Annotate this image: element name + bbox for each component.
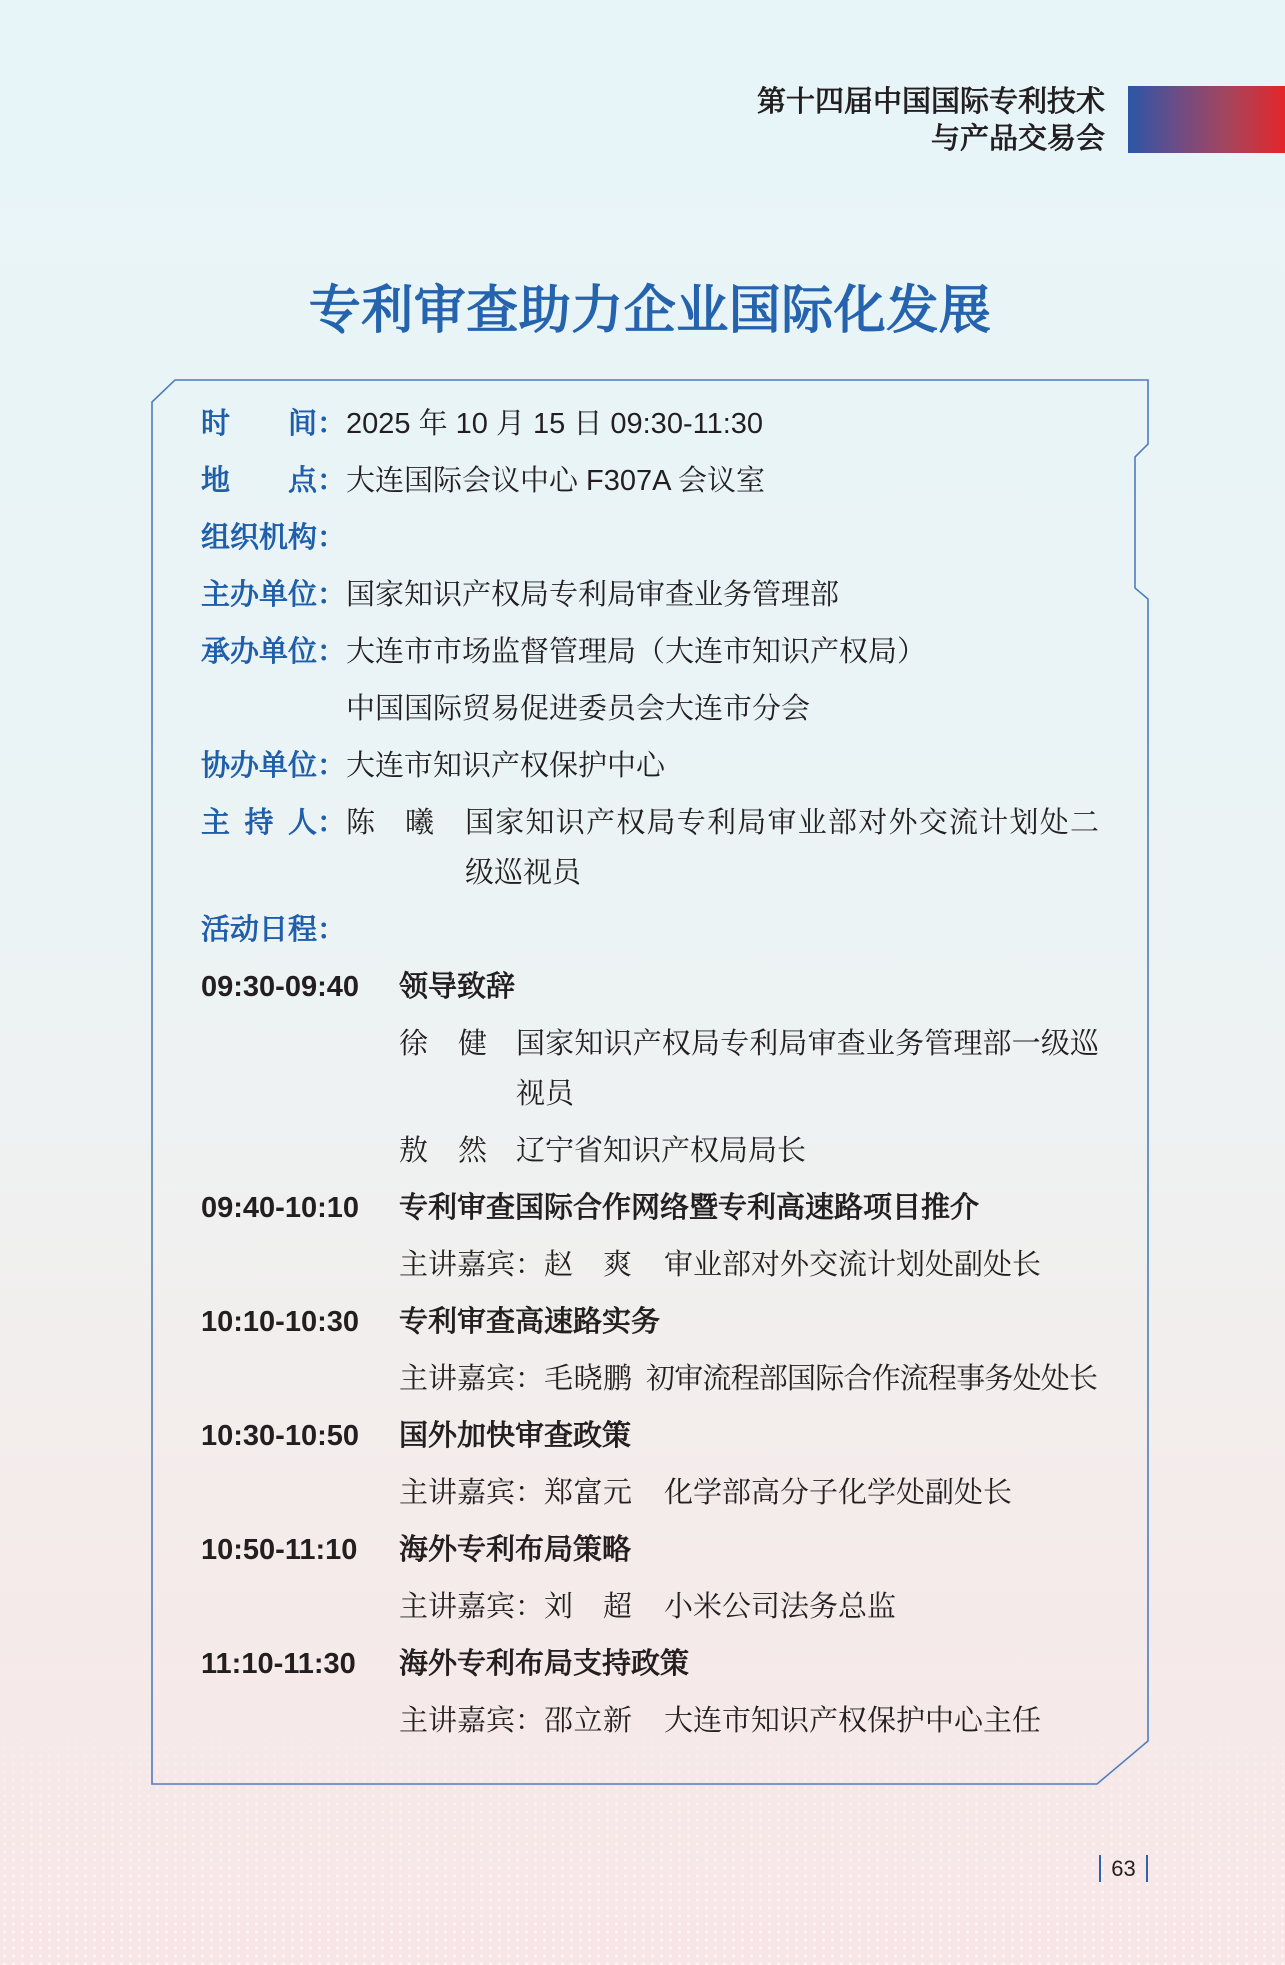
session-time: 10:30-10:50 bbox=[201, 1411, 399, 1461]
info-row-organization: 组织机构 ： bbox=[201, 513, 1101, 563]
speaker-name: 郑富元 bbox=[544, 1468, 632, 1518]
label-colon: ： bbox=[317, 798, 346, 898]
speaker-name: 赵爽 bbox=[544, 1240, 632, 1290]
session-title: 专利审查国际合作网络暨专利高速路项目推介 bbox=[399, 1183, 979, 1233]
speaker-row: 主讲嘉宾： 赵爽 审业部对外交流计划处副处长 bbox=[399, 1240, 1101, 1290]
schedule-item-header: 10:10-10:30 专利审查高速路实务 bbox=[201, 1297, 1101, 1347]
speaker-name: 徐健 bbox=[399, 1019, 487, 1119]
brochure-page: 第十四届中国国际专利技术 与产品交易会 专利审查助力企业国际化发展 时间 ： 2… bbox=[0, 0, 1285, 1965]
speaker-prefix: 主讲嘉宾： bbox=[399, 1240, 544, 1290]
time-label: 时间 bbox=[201, 399, 317, 449]
speaker-title: 审业部对外交流计划处副处长 bbox=[664, 1240, 1041, 1290]
session-time: 10:50-11:10 bbox=[201, 1525, 399, 1575]
speaker-row: 主讲嘉宾： 毛晓鹏 初审流程部国际合作流程事务处处长 bbox=[399, 1354, 1101, 1404]
speaker-prefix: 主讲嘉宾： bbox=[399, 1696, 544, 1746]
schedule-item-header: 10:30-10:50 国外加快审查政策 bbox=[201, 1411, 1101, 1461]
speaker-name: 邵立新 bbox=[544, 1696, 632, 1746]
info-row-time: 时间 ： 2025 年 10 月 15 日 09:30-11:30 bbox=[201, 399, 1101, 449]
conference-name: 第十四届中国国际专利技术 与产品交易会 bbox=[757, 84, 1105, 158]
speaker-row: 主讲嘉宾： 刘超 小米公司法务总监 bbox=[399, 1582, 1101, 1632]
label-colon: ： bbox=[317, 399, 346, 449]
label-colon: ： bbox=[317, 905, 346, 955]
conference-name-line1: 第十四届中国国际专利技术 bbox=[757, 84, 1105, 121]
label-colon: ： bbox=[317, 627, 346, 734]
info-row-venue: 地点 ： 大连国际会议中心 F307A 会议室 bbox=[201, 456, 1101, 506]
label-colon: ： bbox=[317, 456, 346, 506]
event-details: 时间 ： 2025 年 10 月 15 日 09:30-11:30 地点 ： 大… bbox=[201, 399, 1101, 1753]
co-organizer-label: 协办单位 bbox=[201, 741, 317, 791]
speaker-name: 毛晓鹏 bbox=[544, 1354, 632, 1404]
session-title: 专利审查高速路实务 bbox=[399, 1297, 660, 1347]
session-title: 海外专利布局策略 bbox=[399, 1525, 631, 1575]
speaker-prefix: 主讲嘉宾： bbox=[399, 1354, 544, 1404]
organization-label: 组织机构 bbox=[201, 513, 317, 563]
speaker-title: 小米公司法务总监 bbox=[664, 1582, 896, 1632]
info-row-co-organizer: 协办单位 ： 大连市知识产权保护中心 bbox=[201, 741, 1101, 791]
conference-name-line2: 与产品交易会 bbox=[757, 121, 1105, 158]
info-row-schedule: 活动日程 ： bbox=[201, 905, 1101, 955]
moderator-label: 主持人 bbox=[201, 798, 317, 898]
session-title: 领导致辞 bbox=[399, 962, 515, 1012]
time-value: 2025 年 10 月 15 日 09:30-11:30 bbox=[346, 399, 1101, 449]
schedule-item: 10:30-10:50 国外加快审查政策 主讲嘉宾： 郑富元 化学部高分子化学处… bbox=[201, 1411, 1101, 1518]
speaker-name: 敖然 bbox=[399, 1126, 487, 1176]
schedule-item: 11:10-11:30 海外专利布局支持政策 主讲嘉宾： 邵立新 大连市知识产权… bbox=[201, 1639, 1101, 1746]
organizer-values: 大连市市场监督管理局（大连市知识产权局） 中国国际贸易促进委员会大连市分会 bbox=[346, 627, 1101, 734]
speaker-title: 大连市知识产权保护中心主任 bbox=[664, 1696, 1041, 1746]
speaker-prefix: 主讲嘉宾： bbox=[399, 1468, 544, 1518]
label-colon: ： bbox=[317, 741, 346, 791]
organizer-label: 承办单位 bbox=[201, 627, 317, 734]
info-row-host: 主办单位 ： 国家知识产权局专利局审查业务管理部 bbox=[201, 570, 1101, 620]
host-label: 主办单位 bbox=[201, 570, 317, 620]
schedule-item-header: 10:50-11:10 海外专利布局策略 bbox=[201, 1525, 1101, 1575]
co-organizer-value: 大连市知识产权保护中心 bbox=[346, 741, 1101, 791]
speaker-row: 徐健 国家知识产权局专利局审查业务管理部一级巡视员 bbox=[399, 1019, 1101, 1119]
speaker-title: 国家知识产权局专利局审查业务管理部一级巡视员 bbox=[516, 1019, 1099, 1119]
venue-label: 地点 bbox=[201, 456, 317, 506]
schedule-item: 09:40-10:10 专利审查国际合作网络暨专利高速路项目推介 主讲嘉宾： 赵… bbox=[201, 1183, 1101, 1290]
host-value: 国家知识产权局专利局审查业务管理部 bbox=[346, 570, 1101, 620]
schedule-item: 10:50-11:10 海外专利布局策略 主讲嘉宾： 刘超 小米公司法务总监 bbox=[201, 1525, 1101, 1632]
schedule-item: 10:10-10:30 专利审查高速路实务 主讲嘉宾： 毛晓鹏 初审流程部国际合… bbox=[201, 1297, 1101, 1404]
speaker-title: 化学部高分子化学处副处长 bbox=[664, 1468, 1012, 1518]
schedule-item-header: 09:30-09:40 领导致辞 bbox=[201, 962, 1101, 1012]
schedule-item-header: 09:40-10:10 专利审查国际合作网络暨专利高速路项目推介 bbox=[201, 1183, 1101, 1233]
label-colon: ： bbox=[317, 513, 346, 563]
session-time: 09:40-10:10 bbox=[201, 1183, 399, 1233]
speaker-row: 敖然 辽宁省知识产权局局长 bbox=[399, 1126, 1101, 1176]
organization-value bbox=[346, 513, 1101, 563]
schedule-item: 09:30-09:40 领导致辞 徐健 国家知识产权局专利局审查业务管理部一级巡… bbox=[201, 962, 1101, 1176]
moderator-title: 国家知识产权局专利局审业部对外交流计划处二级巡视员 bbox=[465, 798, 1099, 898]
label-colon: ： bbox=[317, 570, 346, 620]
page-number: 63 bbox=[1099, 1855, 1148, 1882]
speaker-prefix: 主讲嘉宾： bbox=[399, 1582, 544, 1632]
session-time: 11:10-11:30 bbox=[201, 1639, 399, 1689]
session-title: 海外专利布局支持政策 bbox=[399, 1639, 689, 1689]
speaker-row: 主讲嘉宾： 郑富元 化学部高分子化学处副处长 bbox=[399, 1468, 1101, 1518]
venue-value: 大连国际会议中心 F307A 会议室 bbox=[346, 456, 1101, 506]
gradient-accent-bar bbox=[1128, 86, 1285, 153]
schedule-item-header: 11:10-11:30 海外专利布局支持政策 bbox=[201, 1639, 1101, 1689]
moderator-name: 陈曦 bbox=[346, 798, 434, 898]
dot-pattern-decoration bbox=[0, 1720, 1285, 1965]
info-row-moderator: 主持人 ： 陈曦 国家知识产权局专利局审业部对外交流计划处二级巡视员 bbox=[201, 798, 1101, 898]
info-row-organizer: 承办单位 ： 大连市市场监督管理局（大连市知识产权局） 中国国际贸易促进委员会大… bbox=[201, 627, 1101, 734]
speaker-title: 初审流程部国际合作流程事务处处长 bbox=[646, 1354, 1097, 1404]
schedule-label: 活动日程 bbox=[201, 905, 317, 955]
page-title: 专利审查助力企业国际化发展 bbox=[152, 268, 1148, 354]
organizer-value: 中国国际贸易促进委员会大连市分会 bbox=[346, 684, 1101, 734]
speaker-row: 主讲嘉宾： 邵立新 大连市知识产权保护中心主任 bbox=[399, 1696, 1101, 1746]
speaker-title: 辽宁省知识产权局局长 bbox=[516, 1126, 1099, 1176]
session-time: 10:10-10:30 bbox=[201, 1297, 399, 1347]
organizer-value: 大连市市场监督管理局（大连市知识产权局） bbox=[346, 627, 1101, 677]
session-time: 09:30-09:40 bbox=[201, 962, 399, 1012]
session-title: 国外加快审查政策 bbox=[399, 1411, 631, 1461]
speaker-name: 刘超 bbox=[544, 1582, 632, 1632]
